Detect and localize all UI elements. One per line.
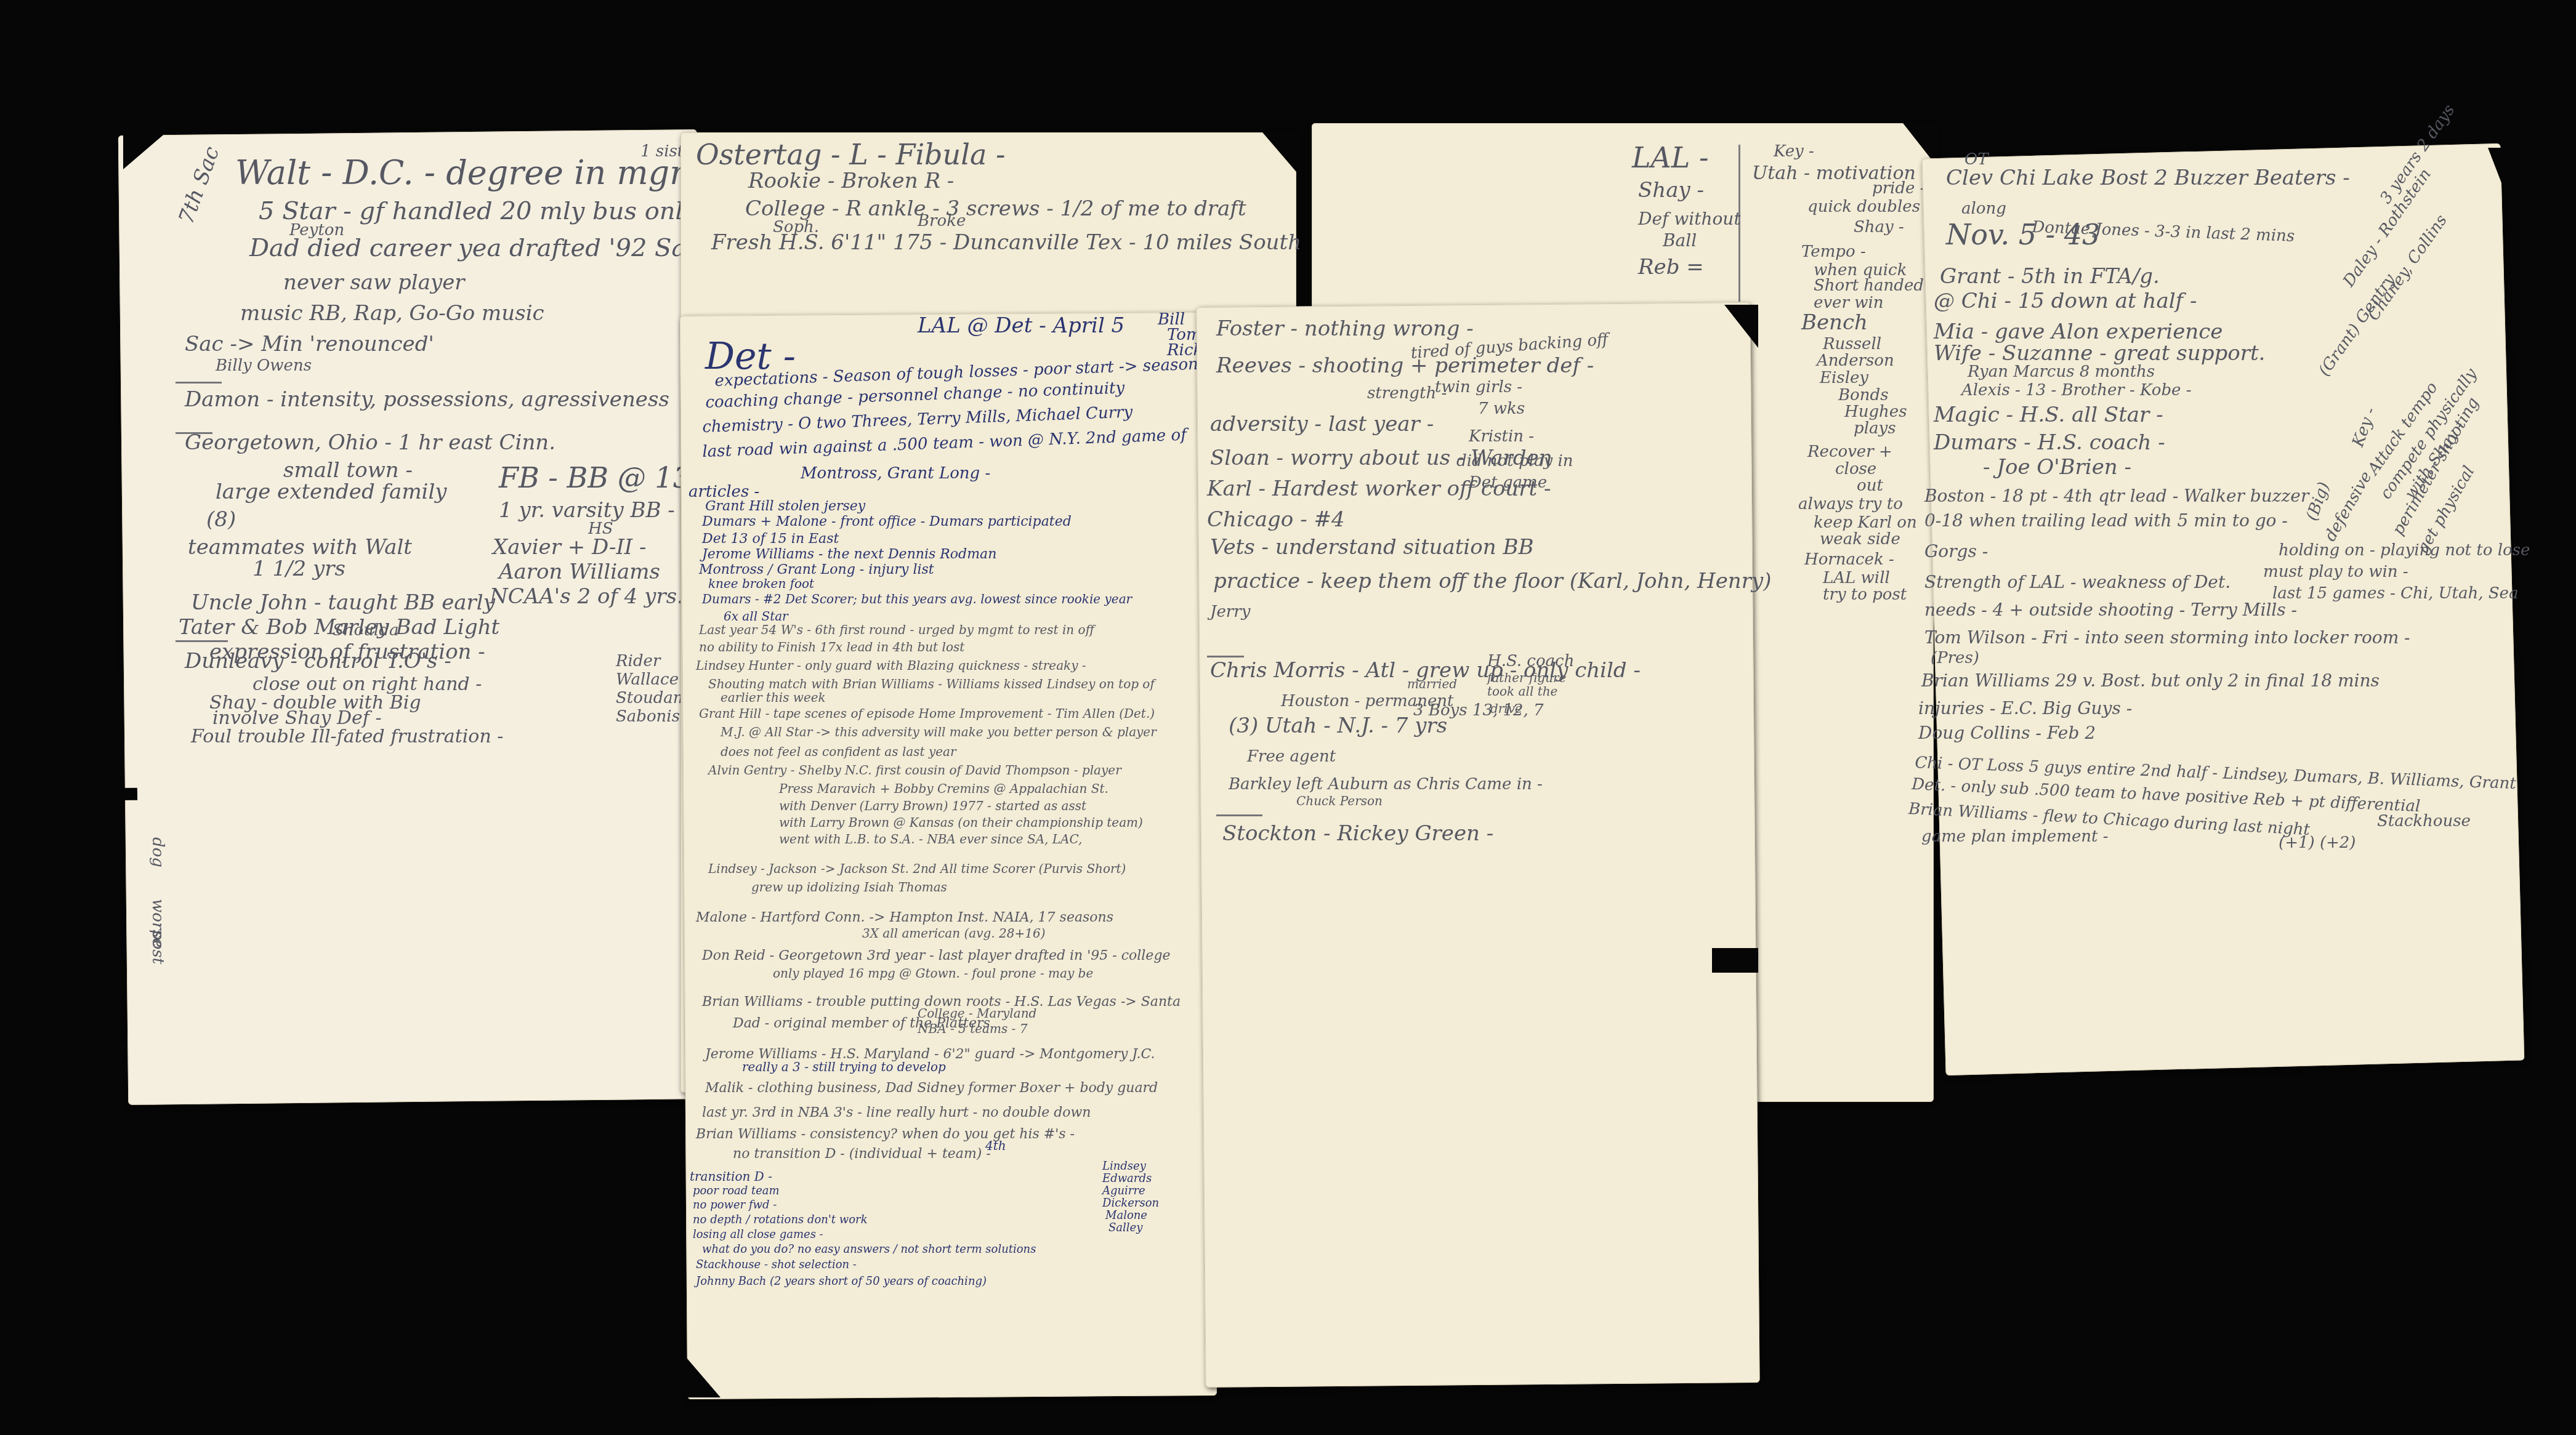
note-det-line: only played 16 mpg @ Gtown. - foul prone… — [773, 967, 1093, 981]
note-det-line: Press Maravich + Bobby Cremins @ Appalac… — [779, 782, 1108, 796]
column-divider — [1738, 145, 1740, 302]
note-det-line: Malone - Hartford Conn. -> Hampton Inst.… — [696, 910, 1113, 925]
note-walt-dad: Dad died career yea drafted '92 Sac — [249, 234, 700, 262]
note-0-18: 0-18 when trailing lead with 5 min to go… — [1924, 511, 2288, 531]
note-injuries: injuries - E.C. Big Guys - — [1918, 699, 2132, 718]
note-side-name: Aguirre — [1102, 1185, 1145, 1198]
divider-line — [1207, 656, 1244, 657]
note-hornacek: Hornacek - — [1804, 551, 1894, 569]
note-det-line: Lindsey - Jackson -> Jackson St. 2nd All… — [708, 862, 1126, 876]
folder-corner-notch — [1712, 948, 1758, 973]
note-broke: Broke — [918, 212, 966, 231]
note-last-15: last 15 games - Chi, Utah, Sea — [2272, 585, 2518, 603]
note-chuck-person: Chuck Person — [1296, 794, 1383, 808]
note-dog: dog — [148, 837, 166, 867]
note-det-line: Johnny Bach (2 years short of 50 years o… — [696, 1276, 987, 1288]
note-7-wks: 7 wks — [1478, 400, 1525, 419]
note-short-handed: Short handed — [1814, 277, 1924, 295]
note-try-post: try to post — [1823, 586, 1907, 605]
note-aaron: Aaron Williams — [499, 560, 660, 584]
note-det-line: College - Maryland — [918, 1007, 1036, 1021]
note-shay-2: Shay - — [1854, 219, 1904, 237]
note-det-line: Alvin Gentry - Shelby N.C. first cousin … — [708, 763, 1121, 778]
note-det-line: Stackhouse - shot selection - — [696, 1259, 857, 1272]
note-shoulda: Shoulda — [333, 622, 398, 640]
note-gorgs: Gorgs - — [1924, 542, 1988, 561]
note-det-line: knee broken foot — [708, 577, 814, 591]
note-key: Key - — [1774, 143, 1814, 161]
note-det-line: Malik - clothing business, Dad Sidney fo… — [705, 1080, 1158, 1096]
note-side-name: Salley — [1108, 1222, 1142, 1235]
note-det-line: losing all close games - — [693, 1229, 823, 1242]
note-alexis: Alexis - 13 - Brother - Kobe - — [1961, 382, 2191, 400]
note-fb-bb: FB - BB @ 13 — [499, 462, 691, 494]
note-recover: Recover + — [1807, 443, 1892, 462]
note-chicago: Chicago - #4 — [1207, 508, 1345, 532]
note-shay: Shay - — [1638, 179, 1704, 203]
divider-line — [176, 382, 222, 384]
note-det-line: Montross, Grant Long - — [801, 465, 990, 483]
note-det-line: Last year 54 W's - 6th first round - urg… — [699, 623, 1094, 637]
divider-line — [1216, 814, 1262, 816]
note-kristin: Kristin - — [1469, 428, 1534, 446]
note-det-line: poor road team — [693, 1185, 780, 1198]
note-det-line: transition D - — [690, 1170, 772, 1184]
note-rookie: Rookie - Broken R - — [748, 169, 954, 193]
note-det-line: with Denver (Larry Brown) 1977 - started… — [779, 799, 1086, 813]
note-out: out — [1857, 477, 1883, 496]
note-doug-collins: Doug Collins - Feb 2 — [1918, 723, 2096, 743]
note-hs-coach: H.S. coach — [1487, 653, 1574, 671]
note-karl: Karl - Hardest worker off court - — [1207, 477, 1551, 501]
note-det-line: no power fwd - — [693, 1199, 777, 1212]
note-det-line: 6x all Star — [724, 609, 788, 624]
note-weak-side: weak side — [1820, 531, 1900, 549]
note-side-name: Edwards — [1102, 1173, 1152, 1186]
note-det-line: M.J. @ All Star -> this adversity will m… — [721, 725, 1157, 739]
folder-tab-notch — [119, 788, 137, 800]
note-side-name: Dickerson — [1102, 1197, 1159, 1210]
note-quick-doubles: quick doubles — [1807, 198, 1920, 217]
note-det-line: earlier this week — [721, 691, 826, 705]
note-father-figure: father figure — [1487, 671, 1566, 685]
note-det-line: no transition D - (individual + team) - — [733, 1146, 991, 1162]
note-stackhouse: Stackhouse — [2377, 813, 2471, 831]
note-bench: Bench — [1801, 311, 1868, 335]
note-chi-15-down: @ Chi - 15 down at half - — [1934, 289, 2197, 313]
note-det-line: NBA - 5 teams - 7 — [918, 1022, 1027, 1036]
note-ot: OT — [1964, 151, 1989, 169]
note-det-line: with Larry Brown @ Kansas (on their cham… — [779, 816, 1143, 830]
note-barkley: Barkley left Auburn as Chris Came in - — [1229, 776, 1543, 794]
note-brian-29: Brian Williams 29 v. Bost. but only 2 in… — [1921, 671, 2380, 691]
note-walt-billy: Billy Owens — [216, 357, 312, 376]
note-grant-fta: Grant - 5th in FTA/g. — [1940, 265, 2160, 289]
note-rider: Rider — [616, 653, 660, 671]
note-walt-music: music RB, Rap, Go-Go music — [240, 302, 544, 326]
note-wallace: Wallace — [616, 671, 679, 689]
note-det-line: Shouting match with Brian Williams - Wil… — [708, 677, 1155, 691]
note-1-5-yrs: 1 1/2 yrs — [252, 557, 345, 581]
note-lal-at-det: LAL @ Det - April 5 — [918, 314, 1124, 338]
note-det-line: 4th — [985, 1139, 1006, 1153]
note-det-line: Grant Hill stolen jersey — [705, 499, 865, 514]
note-post: post — [148, 930, 166, 964]
note-needs: needs - 4 + outside shooting - Terry Mil… — [1924, 600, 2297, 620]
note-magic: Magic - H.S. all Star - — [1934, 403, 2163, 427]
note-det-line: Montross / Grant Long - injury list — [699, 562, 934, 577]
note-xavier: Xavier + D-II - — [493, 536, 647, 560]
note-always-try: always try to — [1798, 496, 1903, 514]
note-vets: Vets - understand situation BB — [1210, 536, 1533, 560]
note-free-agent: Free agent — [1247, 748, 1336, 766]
note-utah-nj: (3) Utah - N.J. - 7 yrs — [1229, 714, 1447, 738]
note-lal: LAL - — [1632, 142, 1708, 174]
note-married: married — [1407, 677, 1457, 691]
note-det-line: no ability to Finish 17x lead in 4th but… — [699, 640, 964, 654]
note-def-without: Def without — [1638, 209, 1741, 229]
note-games-header: Clev Chi Lake Bost 2 Buzzer Beaters - — [1946, 166, 2350, 190]
note-stockton: Stockton - Rickey Green - — [1222, 822, 1493, 846]
note-foster: Foster - nothing wrong - — [1216, 317, 1474, 341]
note-sloan: Sloan - worry about us - Warden — [1210, 446, 1552, 470]
note-practice: practice - keep them off the floor (Karl… — [1213, 569, 1771, 593]
note-georgetown: Georgetown, Ohio - 1 hr east Cinn. — [185, 431, 555, 455]
note-dunleavy: Dunleavy - control T.O's - — [185, 649, 451, 673]
note-joe-obrien: - Joe O'Brien - — [1983, 456, 2131, 480]
note-det-line: Det 13 of 15 in East — [702, 531, 839, 547]
note-det-line: Lindsey Hunter - only guard with Blazing… — [696, 659, 1086, 673]
note-tempo: Tempo - — [1801, 243, 1866, 262]
note-det-line: does not feel as confident as last year — [721, 745, 956, 759]
note-det-line: Don Reid - Georgetown 3rd year - last pl… — [702, 948, 1170, 963]
note-eisley: Eisley — [1820, 369, 1868, 388]
note-pride: pride - — [1872, 180, 1925, 198]
note-det-line: Grant Hill - tape scenes of episode Home… — [699, 707, 1155, 721]
note-must-play: must play to win - — [2263, 563, 2408, 582]
note-took-all: took all the — [1487, 685, 1557, 699]
note-tom-wilson: Tom Wilson - Fri - into seen storming in… — [1924, 628, 2410, 648]
note-det-line: 3X all american (avg. 28+16) — [862, 927, 1045, 941]
note-det-line: what do you do? no easy answers / not sh… — [702, 1244, 1036, 1256]
note-pres: (Pres) — [1931, 649, 1979, 668]
note-det-line: Dumars - #2 Det Scorer; but this years a… — [702, 592, 1132, 606]
note-det-line: Jerome Williams - the next Dennis Rodman — [702, 547, 996, 562]
note-strength-lal: Strength of LAL - weakness of Det. — [1924, 573, 2231, 592]
note-dumars-hs: Dumars - H.S. coach - — [1934, 431, 2165, 455]
note-det-line: grew up idolizing Isiah Thomas — [751, 880, 947, 894]
note-damon: Damon - intensity, possessions, agressiv… — [185, 388, 669, 412]
note-reeves: Reeves - shooting + perimeter def - — [1216, 354, 1594, 378]
note-eight: (8) — [206, 508, 236, 532]
note-game-plan: game plan implement - — [1921, 828, 2109, 846]
note-det-line: last yr. 3rd in NBA 3's - line really hu… — [702, 1105, 1091, 1120]
note-fresh-hs: Fresh H.S. 6'11" 175 - Duncanville Tex -… — [711, 231, 1301, 255]
note-adversity: adversity - last year - — [1210, 412, 1434, 436]
note-nov5: Nov. 5 - 43 — [1946, 219, 2100, 251]
note-along: along — [1961, 200, 2006, 219]
note-large-family: large extended family — [216, 480, 447, 504]
note-boston: Boston - 18 pt - 4th qtr lead - Walker b… — [1924, 486, 2309, 506]
note-det-line: went with L.B. to S.A. - NBA ever since … — [779, 832, 1082, 846]
note-plays: plays — [1854, 420, 1896, 438]
note-det-line: Dumars + Malone - front office - Dumars … — [702, 514, 1072, 529]
note-det-line: no depth / rotations don't work — [693, 1214, 868, 1227]
note-jerry: Jerry — [1210, 603, 1250, 622]
note-det-line: really a 3 - still trying to develop — [742, 1060, 946, 1074]
note-side-name: Malone — [1105, 1210, 1147, 1223]
note-walt-sac: Sac -> Min 'renounced' — [185, 332, 434, 356]
note-ncaa: NCAA's 2 of 4 yrs. — [490, 585, 684, 609]
note-walt-never: never saw player — [283, 271, 465, 295]
note-side-name: Lindsey — [1102, 1160, 1146, 1173]
note-college-ankle: College - R ankle - 3 screws - 1/2 of me… — [745, 197, 1246, 221]
note-reb: Reb = — [1638, 255, 1704, 279]
note-ryan: Ryan Marcus 8 months — [1968, 363, 2155, 382]
note-ostertag: Ostertag - L - Fibula - — [696, 139, 1006, 171]
note-varsity: 1 yr. varsity BB - — [499, 499, 675, 523]
note-foul-trouble: Foul trouble Ill-fated frustration - — [191, 726, 503, 748]
note-uncle-john: Uncle John - taught BB early — [191, 591, 495, 615]
note-twin-girls: twin girls - — [1435, 379, 1522, 397]
note-ball: Ball — [1663, 231, 1697, 251]
note-sabonis: Sabonis — [616, 708, 680, 726]
divider-line — [176, 640, 228, 642]
note-anderson: Anderson — [1817, 352, 1894, 371]
note-holding-on: holding on - playing not to lose — [2279, 542, 2530, 560]
note-det-line: Brian Williams - consistency? when do yo… — [696, 1127, 1075, 1142]
